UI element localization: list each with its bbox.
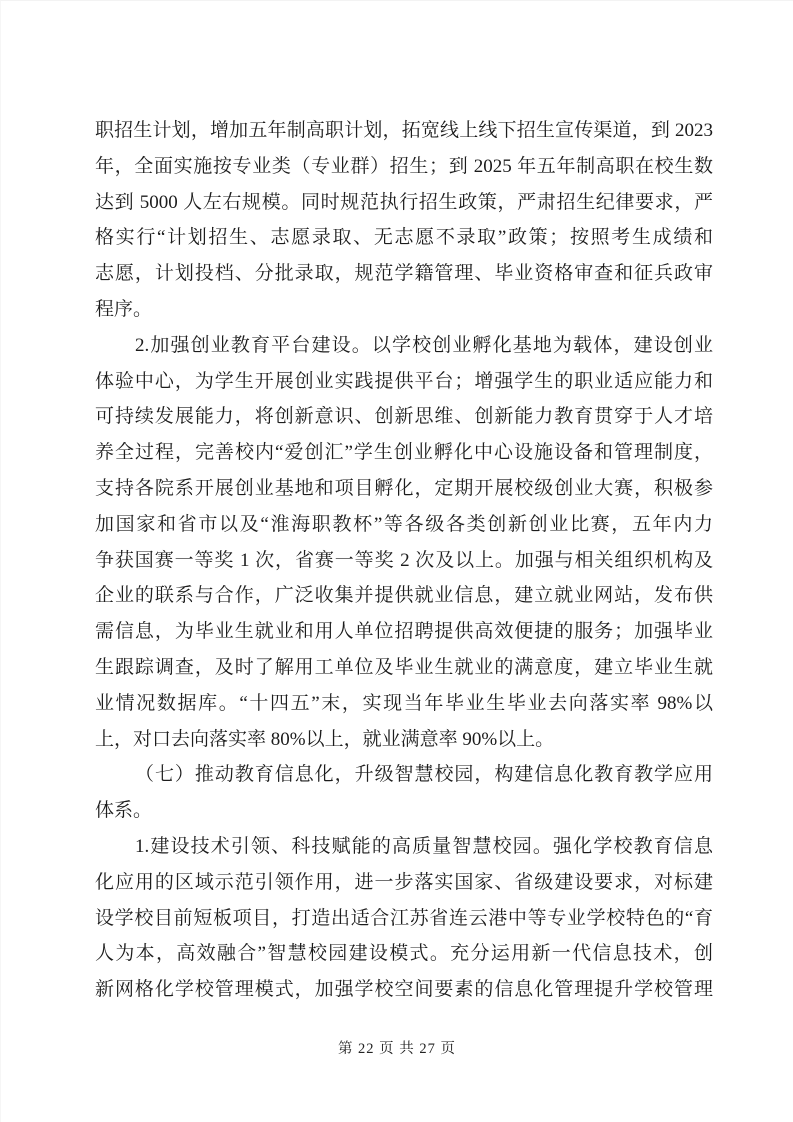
- text-line: 体系。: [95, 793, 713, 829]
- text-line: 可持续发展能力，将创新意识、创新思维、创新能力教育贯穿于人才培: [95, 399, 713, 435]
- text-line: 支持各院系开展创业基地和项目孵化，定期开展校级创业大赛，积极参: [95, 471, 713, 507]
- document-page: 职招生计划，增加五年制高职计划，拓宽线上线下招生宣传渠道，到 2023 年，全面…: [0, 0, 793, 1122]
- page-number-label: 第 22 页 共 27 页: [338, 1041, 456, 1057]
- text-line: 业情况数据库。“十四五”末，实现当年毕业生毕业去向落实率 98%以: [95, 686, 713, 722]
- text-line: （七）推动教育信息化，升级智慧校园，构建信息化教育教学应用: [95, 757, 713, 793]
- text-line: 体验中心，为学生开展创业实践提供平台；增强学生的职业适应能力和: [95, 364, 713, 400]
- text-line: 格实行“计划招生、志愿录取、无志愿不录取”政策；按照考生成绩和: [95, 220, 713, 256]
- page-footer: 第 22 页 共 27 页: [1, 1037, 793, 1058]
- text-line: 志愿，计划投档、分批录取，规范学籍管理、毕业资格审查和征兵政审: [95, 256, 713, 292]
- text-line: 化应用的区域示范引领作用，进一步落实国家、省级建设要求，对标建: [95, 865, 713, 901]
- text-line: 达到 5000 人左右规模。同时规范执行招生政策，严肃招生纪律要求，严: [95, 185, 713, 221]
- text-line: 生跟踪调查，及时了解用工单位及毕业生就业的满意度，建立毕业生就: [95, 650, 713, 686]
- text-line: 需信息，为毕业生就业和用人单位招聘提供高效便捷的服务；加强毕业: [95, 614, 713, 650]
- page-body: 职招生计划，增加五年制高职计划，拓宽线上线下招生宣传渠道，到 2023 年，全面…: [95, 113, 713, 1008]
- text-line: 人为本，高效融合”智慧校园建设模式。充分运用新一代信息技术，创: [95, 936, 713, 972]
- text-line: 年，全面实施按专业类（专业群）招生；到 2025 年五年制高职在校生数: [95, 149, 713, 185]
- text-line: 养全过程，完善校内“爱创汇”学生创业孵化中心设施设备和管理制度，: [95, 435, 713, 471]
- text-line: 争获国赛一等奖 1 次，省赛一等奖 2 次及以上。加强与相关组织机构及: [95, 543, 713, 579]
- text-line: 2.加强创业教育平台建设。以学校创业孵化基地为载体，建设创业: [95, 328, 713, 364]
- text-line: 企业的联系与合作，广泛收集并提供就业信息，建立就业网站，发布供: [95, 578, 713, 614]
- text-line: 上，对口去向落实率 80%以上，就业满意率 90%以上。: [95, 722, 713, 758]
- text-line: 职招生计划，增加五年制高职计划，拓宽线上线下招生宣传渠道，到 2023: [95, 113, 713, 149]
- text-line: 1.建设技术引领、科技赋能的高质量智慧校园。强化学校教育信息: [95, 829, 713, 865]
- text-line: 新网格化学校管理模式，加强学校空间要素的信息化管理提升学校管理: [95, 972, 713, 1008]
- text-line: 程序。: [95, 292, 713, 328]
- text-line: 加国家和省市以及“淮海职教杯”等各级各类创新创业比赛，五年内力: [95, 507, 713, 543]
- text-line: 设学校目前短板项目，打造出适合江苏省连云港中等专业学校特色的“育: [95, 901, 713, 937]
